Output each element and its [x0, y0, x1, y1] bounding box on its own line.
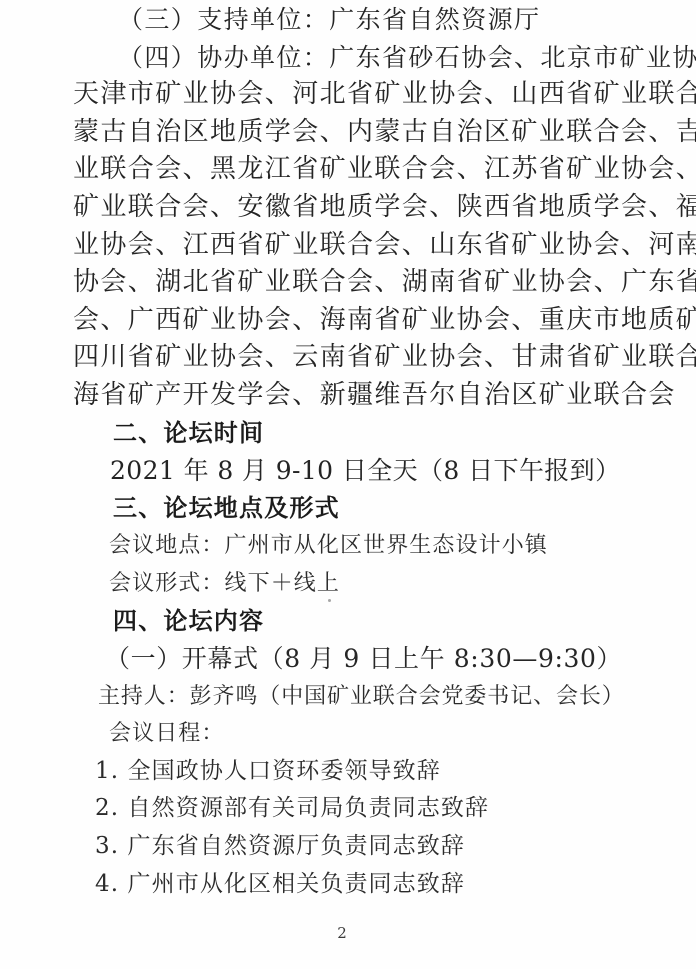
document-line: 业协会、江西省矿业联合会、山东省矿业协会、河南省矿业 [73, 227, 676, 265]
document-line: 4. 广州市从化区相关负责同志致辞 [73, 866, 676, 904]
document-line: 1. 全国政协人口资环委领导致辞 [73, 753, 676, 791]
document-line: 主持人：彭齐鸣（中国矿业联合会党委书记、会长） [73, 678, 676, 716]
document-line: 四、论坛内容 [73, 603, 676, 641]
document-line: 蒙古自治区地质学会、内蒙古自治区矿业联合会、吉林省矿 [73, 114, 676, 152]
document-line: 矿业联合会、安徽省地质学会、陕西省地质学会、福建省矿 [73, 189, 676, 227]
document-line: 会议日程： [73, 715, 676, 753]
document-line: 天津市矿业协会、河北省矿业协会、山西省矿业联合会、内 [73, 76, 676, 114]
document-line: 3. 广东省自然资源厅负责同志致辞 [73, 828, 676, 866]
document-body: （三）支持单位：广东省自然资源厅（四）协办单位：广东省砂石协会、北京市矿业协会、… [73, 1, 676, 903]
document-line: 业联合会、黑龙江省矿业联合会、江苏省矿业协会、浙江省 [73, 151, 676, 189]
document-line: （三）支持单位：广东省自然资源厅 [73, 1, 676, 39]
document-line: 四川省矿业协会、云南省矿业协会、甘肃省矿业联合会、青 [73, 339, 676, 377]
document-line: 会议地点：广州市从化区世界生态设计小镇 [73, 527, 676, 565]
page-number: 2 [0, 924, 690, 942]
document-line: 海省矿产开发学会、新疆维吾尔自治区矿业联合会 [73, 377, 676, 415]
document-line: 三、论坛地点及形式 [73, 490, 676, 528]
document-line: 协会、湖北省矿业联合会、湖南省矿业协会、广东省矿业协 [73, 264, 676, 302]
document-line: 2021 年 8 月 9-10 日全天（8 日下午报到） [73, 452, 676, 490]
document-line: 二、论坛时间 [73, 415, 676, 453]
document-line: 2. 自然资源部有关司局负责同志致辞 [73, 790, 676, 828]
document-line: 会议形式：线下＋线上 [73, 565, 676, 603]
document-page: （三）支持单位：广东省自然资源厅（四）协办单位：广东省砂石协会、北京市矿业协会、… [0, 0, 696, 969]
document-line: 会、广西矿业协会、海南省矿业协会、重庆市地质矿业协会、 [73, 302, 676, 340]
scan-speck-artifact [328, 599, 331, 602]
document-line: （四）协办单位：广东省砂石协会、北京市矿业协会、 [73, 39, 676, 77]
document-line: （一）开幕式（8 月 9 日上午 8:30—9:30） [73, 640, 676, 678]
